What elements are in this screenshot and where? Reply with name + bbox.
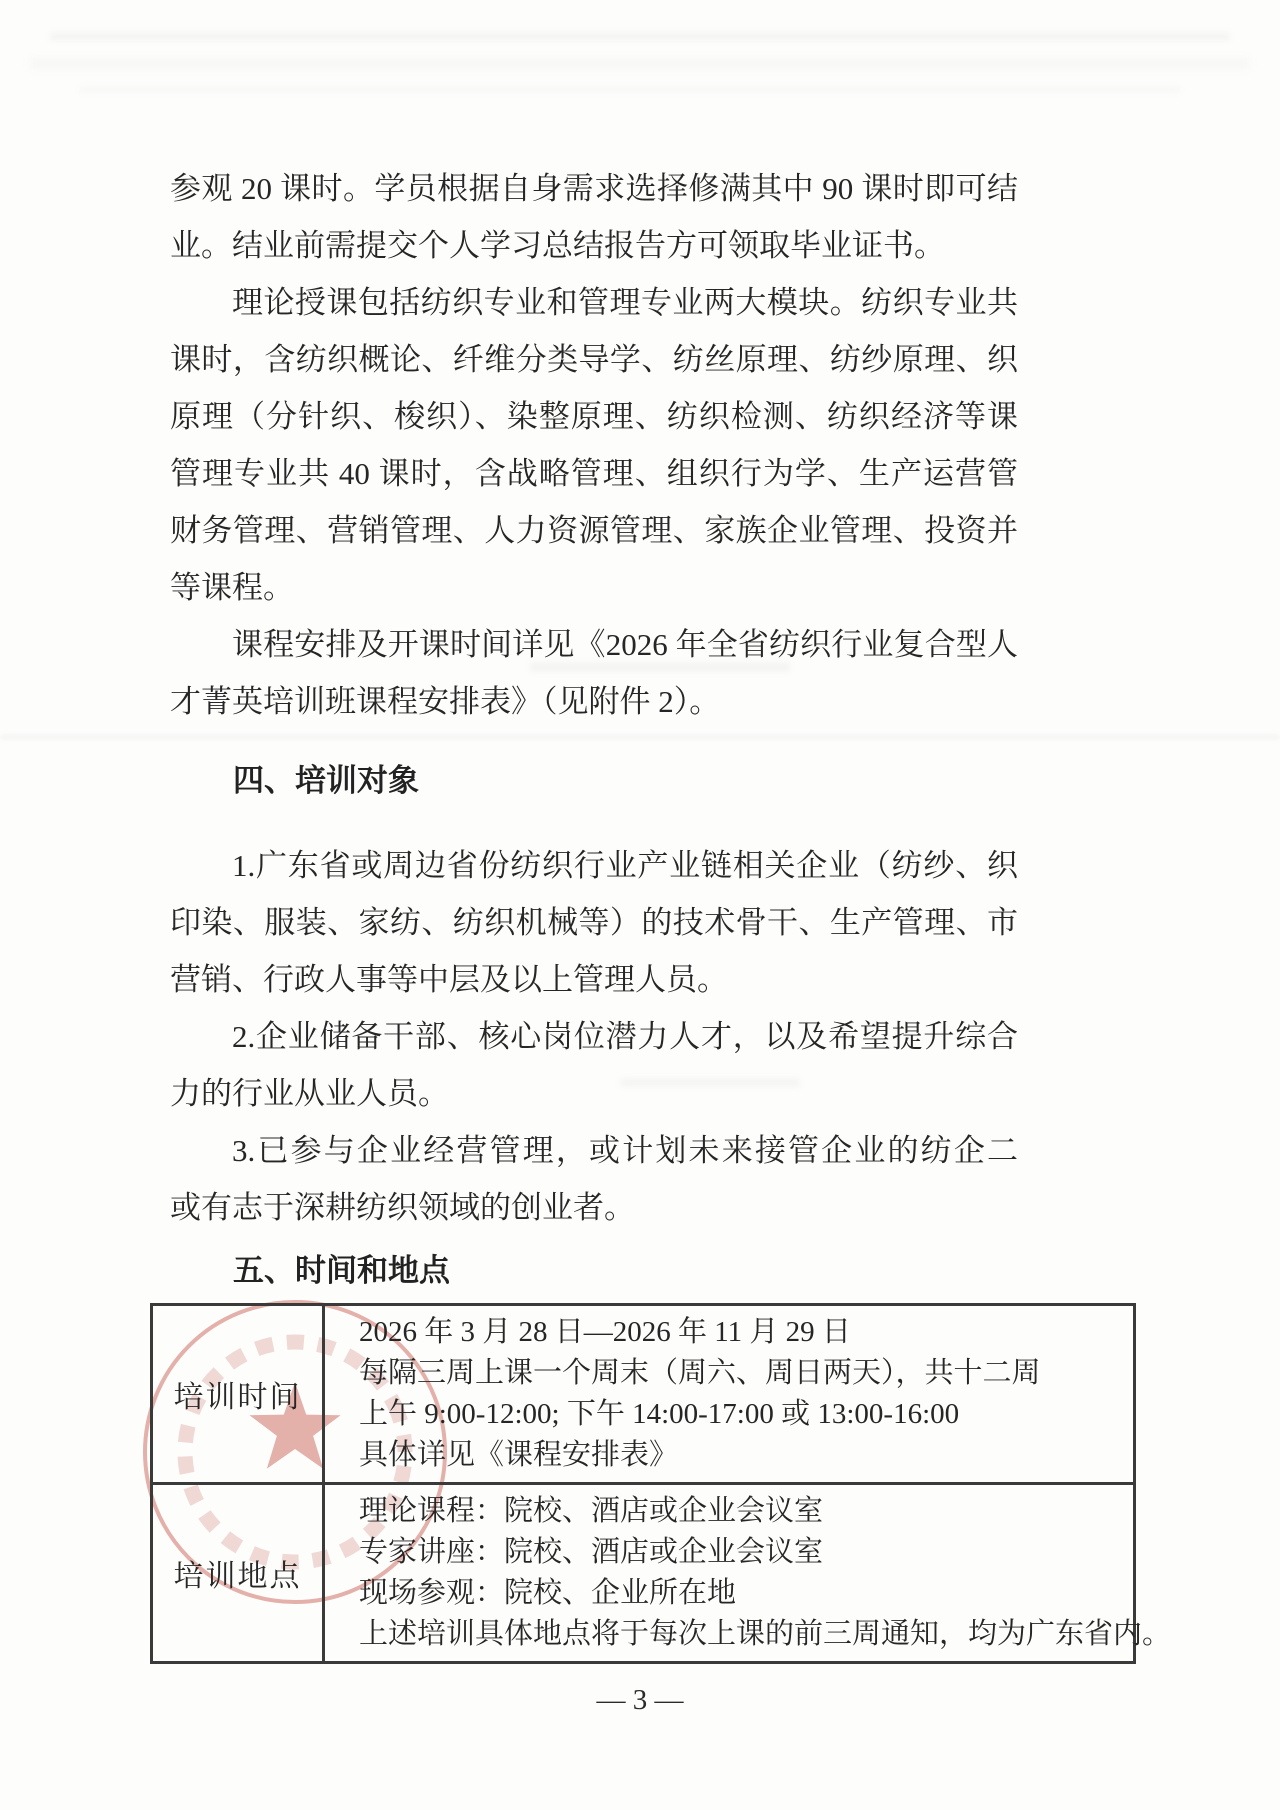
table-line: 每隔三周上课一个周末（周六、周日两天），共十二周 <box>359 1353 1129 1394</box>
table-cell-training-place: 理论课程：院校、酒店或企业会议室 专家讲座：院校、酒店或企业会议室 现场参观：院… <box>325 1485 1175 1661</box>
body-line: 参观 20 课时。学员根据自身需求选择修满其中 90 课时即可结 <box>170 160 1018 217</box>
table-line: 理论课程：院校、酒店或企业会议室 <box>359 1491 1171 1532</box>
document-body: 参观 20 课时。学员根据自身需求选择修满其中 90 课时即可结 业。结业前需提… <box>170 160 1018 1664</box>
table-line: 上午 9:00-12:00; 下午 14:00-17:00 或 13:00-16… <box>359 1394 1129 1435</box>
scanned-document-page: 参观 20 课时。学员根据自身需求选择修满其中 90 课时即可结 业。结业前需提… <box>0 0 1280 1810</box>
body-line: 管理专业共 40 课时，含战略管理、组织行为学、生产运营管理、 <box>170 445 1018 502</box>
scan-noise <box>80 86 1180 93</box>
scan-noise <box>50 32 1230 41</box>
paragraph-schedule-reference: 课程安排及开课时间详见《2026 年全省纺织行业复合型人 才菁英培训班课程安排表… <box>170 616 1018 730</box>
paragraph-trainee-item-3: 3.已参与企业经营管理，或计划未来接管企业的纺企二代， 或有志于深耕纺织领域的创… <box>170 1122 1018 1236</box>
body-line: 或有志于深耕纺织领域的创业者。 <box>170 1179 1018 1236</box>
body-line: 课程安排及开课时间详见《2026 年全省纺织行业复合型人 <box>170 616 1018 673</box>
body-line: 才菁英培训班课程安排表》（见附件 2）。 <box>170 673 1018 730</box>
table-line: 2026 年 3 月 28 日—2026 年 11 月 29 日 <box>359 1312 1129 1353</box>
body-line: 营销、行政人事等中层及以上管理人员。 <box>170 951 1018 1008</box>
paragraph-theory-modules: 理论授课包括纺织专业和管理专业两大模块。纺织专业共40 课时，含纺织概论、纤维分… <box>170 274 1018 616</box>
body-line: 3.已参与企业经营管理，或计划未来接管企业的纺企二代， <box>170 1122 1018 1179</box>
table-row-label: 培训时间 <box>153 1306 325 1482</box>
table-line: 专家讲座：院校、酒店或企业会议室 <box>359 1532 1171 1573</box>
body-line: 理论授课包括纺织专业和管理专业两大模块。纺织专业共40 <box>170 274 1018 331</box>
section-5-heading: 五、时间和地点 <box>170 1242 1018 1299</box>
table-line: 具体详见《课程安排表》 <box>359 1435 1129 1476</box>
body-line: 等课程。 <box>170 559 1018 616</box>
body-line: 印染、服装、家纺、纺织机械等）的技术骨干、生产管理、市场 <box>170 894 1018 951</box>
paragraph-trainee-item-1: 1.广东省或周边省份纺织行业产业链相关企业（纺纱、织造、 印染、服装、家纺、纺织… <box>170 837 1018 1008</box>
paragraph-trainee-item-2: 2.企业储备干部、核心岗位潜力人才，以及希望提升综合能 力的行业从业人员。 <box>170 1008 1018 1122</box>
body-line: 力的行业从业人员。 <box>170 1065 1018 1122</box>
section-4-heading: 四、培训对象 <box>170 752 1018 809</box>
table-row-label: 培训地点 <box>153 1485 325 1661</box>
table-row-training-time: 培训时间 2026 年 3 月 28 日—2026 年 11 月 29 日 每隔… <box>153 1306 1133 1482</box>
scan-noise <box>30 58 1250 69</box>
table-row-training-place: 培训地点 理论课程：院校、酒店或企业会议室 专家讲座：院校、酒店或企业会议室 现… <box>153 1482 1133 1661</box>
table-line: 现场参观：院校、企业所在地 <box>359 1573 1171 1614</box>
body-line: 财务管理、营销管理、人力资源管理、家族企业管理、投资并购 <box>170 502 1018 559</box>
table-cell-training-time: 2026 年 3 月 28 日—2026 年 11 月 29 日 每隔三周上课一… <box>325 1306 1133 1482</box>
body-line: 1.广东省或周边省份纺织行业产业链相关企业（纺纱、织造、 <box>170 837 1018 894</box>
body-line: 2.企业储备干部、核心岗位潜力人才，以及希望提升综合能 <box>170 1008 1018 1065</box>
page-number: — 3 — <box>0 1684 1280 1717</box>
body-line: 课时，含纺织概论、纤维分类导学、纺丝原理、纺纱原理、织布 <box>170 331 1018 388</box>
table-line: 上述培训具体地点将于每次上课的前三周通知，均为广东省内。 <box>359 1614 1171 1655</box>
paragraph-completion-requirements: 参观 20 课时。学员根据自身需求选择修满其中 90 课时即可结 业。结业前需提… <box>170 160 1018 274</box>
body-line: 原理（分针织、梭织）、染整原理、纺织检测、纺织经济等课程； <box>170 388 1018 445</box>
time-place-table: 培训时间 2026 年 3 月 28 日—2026 年 11 月 29 日 每隔… <box>150 1303 1136 1664</box>
body-line: 业。结业前需提交个人学习总结报告方可领取毕业证书。 <box>170 217 1018 274</box>
